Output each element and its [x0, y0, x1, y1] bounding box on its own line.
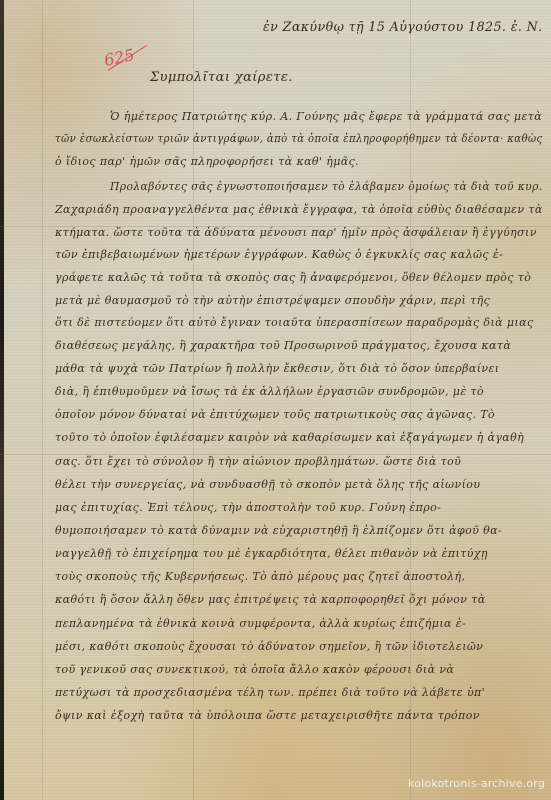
- text-line: τῶν ἐσωκλείστων τριῶν ἀντιγράφων, ἀπὸ τὰ…: [55, 132, 543, 145]
- text-line: ναγγελθῇ τὸ ἐπιχείρημα του μὲ ἐγκαρδιότη…: [55, 547, 488, 560]
- text-line: γράφετε καλῶς τὰ τοῦτα τὰ σκοπὸς σας ἢ ἀ…: [55, 271, 531, 284]
- text-line: σας. ὅτι ἔχει τὸ σύνολον ἢ τὴν αἰώνιον π…: [55, 455, 461, 468]
- text-line: Ὁ ἡμέτερος Πατριώτης κύρ. Α. Γούνης μᾶς …: [110, 110, 542, 123]
- manuscript-page: 625 ἐν Ζακύνθῳ τῇ 15 Αὐγούστου 1825. ἐ. …: [0, 0, 551, 800]
- text-line: μέσι, καθότι σκοποὺς ἔχουσαι τὸ ἀδύνατον…: [55, 640, 483, 653]
- text-line: κτήματα. ὥστε τοῦτα τὰ ἀδύνατα μένουσι π…: [55, 226, 537, 239]
- text-line: πετύχωσι τὰ προσχεδιασμένα τέλη των. πρέ…: [55, 686, 485, 699]
- text-line: διαθέσεως μεγάλης, ἢ χαρακτῆρα τοῦ Προσω…: [55, 339, 511, 352]
- text-line: τοῦ γενικοῦ σας συνεκτικού, τὰ ὁποῖα ἄλλ…: [55, 663, 454, 676]
- text-line: τοῦτο τὸ ὁποῖον ἐφιλέσαμεν καιρὸν νὰ καθ…: [55, 431, 524, 444]
- letter-salutation: Συμπολῖται χαίρετε.: [150, 70, 293, 85]
- text-line: Προλαβόντες σᾶς ἐγνωστοποιήσαμεν τὸ ἐλάβ…: [110, 180, 543, 193]
- text-line: τοὺς σκοποὺς τῆς Κυβερνήσεως. Τὸ ἀπὸ μέρ…: [55, 570, 465, 583]
- letter-dateline: ἐν Ζακύνθῳ τῇ 15 Αὐγούστου 1825. ἐ. Ν.: [263, 20, 543, 35]
- folio-number: 625: [102, 45, 136, 70]
- text-line: μάθα τὰ ψυχὰ τῶν Πατρίων ἢ πολλὴν ἔκθεσι…: [55, 362, 500, 375]
- text-line: ὅτι δὲ πιστεύομεν ὅτι αὐτὸ ἔγιναν τοιαῦτ…: [55, 316, 534, 329]
- text-line: διὰ, ἢ ἐπιθυμοῦμεν νὰ ἴσως τὰ ἐκ ἀλλήλων…: [55, 385, 484, 398]
- text-line: μας ἐπιτυχίας. Ἐπὶ τέλους, τὴν ἀποστολὴν…: [55, 501, 441, 514]
- text-line: μετὰ μὲ θαυμασμοῦ τὸ τὴν αὐτὴν ἐπιστρέψα…: [55, 294, 490, 307]
- text-line: ὁποῖον μόνον δύναταί νὰ ἐπιτύχωμεν τοῦς …: [55, 408, 495, 421]
- text-line: καθότι ἢ ὅσον ἄλλη ὅθεν μας ἐπιτρέψεις τ…: [55, 593, 486, 606]
- text-line: τῶν ἐπιβεβαιωμένων ἡμετέρων ἐγγράφων. Κα…: [55, 248, 503, 261]
- text-line: ὁ ἴδιος παρ' ἡμῶν σᾶς πληροφορήσει τὰ κα…: [55, 155, 359, 168]
- text-line: Ζαχαριάδη προαναγγελθέντα μας ἐθνικὰ ἔγγ…: [55, 203, 543, 216]
- paper-chain-line: [42, 0, 43, 800]
- archive-watermark: kolokotronis-archive.org: [408, 777, 545, 790]
- text-line: θυμοποιήσαμεν τὸ κατὰ δύναμιν νὰ εὐχαρισ…: [55, 524, 502, 537]
- text-line: πεπλανημένα τὰ ἐθνικὰ κοινὰ συμφέροντα, …: [55, 617, 466, 630]
- text-line: ὄψιν καὶ ἐξοχὴ ταῦτα τὰ ὑπόλοιπα ὥστε με…: [55, 709, 480, 722]
- text-line: θέλει τὴν συνεργείας, νὰ συνδυασθῇ τὸ σκ…: [55, 478, 480, 491]
- scan-edge: [0, 0, 4, 800]
